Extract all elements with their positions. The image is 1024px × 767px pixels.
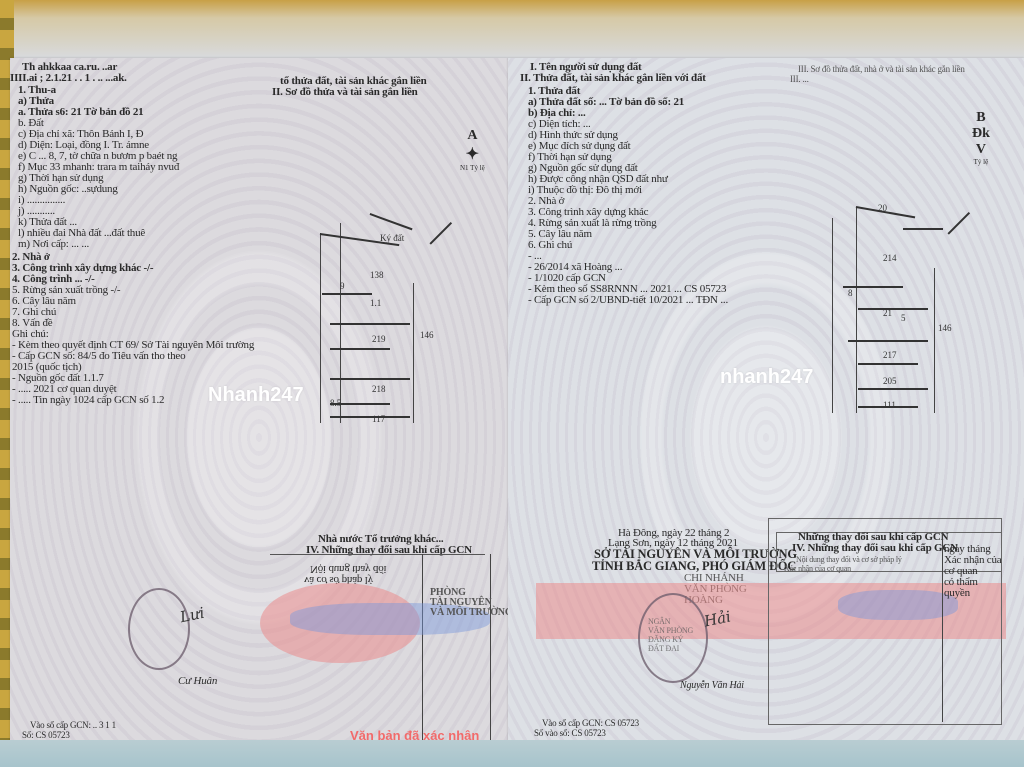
left-section-2: 2. Nhà ở3. Công trình xây dựng khác -/-4… <box>12 252 254 406</box>
left-page: Th ahkkaa ca.ru. ..ar IIII.ai ; 2.1.21 .… <box>10 58 508 748</box>
document-line: 6. Ghi chú <box>528 240 728 251</box>
changes-row-2: Xác nhận của cơ quan <box>784 563 851 574</box>
watermark: Nhanh247 <box>208 384 304 407</box>
compass-north-icon: A ✦ N1 Tỷ lệ <box>460 128 485 172</box>
right-section: 1. Thửa đấta) Thửa đất số: ... Tờ bản đồ… <box>528 86 728 306</box>
left-header-line-2: IIII.ai ; 2.1.21 . . 1 . .. ...ak. <box>10 73 127 84</box>
official-seal-left <box>128 588 190 670</box>
watermark: nhanh247 <box>720 366 813 389</box>
agency-title-2: TỈNH BẮC GIANG, PHÓ GIÁM ĐỐC <box>592 560 796 572</box>
right-map-header-2: III. ... <box>790 74 809 85</box>
left-sign-name: Cư Huân <box>178 676 217 687</box>
desk-background-top <box>0 0 1024 60</box>
official-seal-right: NGÂN VĂN PHÒNG ĐĂNG KÝ ĐẤT ĐAI <box>638 593 708 683</box>
compass-icon-right: B Đk V Tỷ lệ <box>972 110 990 166</box>
right-footer-2: Số vào sổ: CS 05723 <box>534 728 606 739</box>
document-line: - Cấp GCN số 2/UBND-tiết 10/2021 ... TĐN… <box>528 295 728 306</box>
left-section-1: 1. Thu-aa) Thửaa. Thửa s6: 21 Tờ bản đồ … <box>18 85 179 250</box>
left-map-header-2: II. Sơ đồ thửa và tài sản gắn liền <box>272 87 418 98</box>
right-page: I. Tên người sử dụng đất II. Thửa đất, t… <box>508 58 1024 748</box>
divider <box>270 554 485 555</box>
signature-left: Lưi <box>178 604 206 627</box>
right-sign-name: Nguyễn Văn Hải <box>680 680 744 691</box>
right-map-header-1: III. Sơ đồ thửa đất, nhà ở và tài sản kh… <box>798 64 965 75</box>
changes-title-2: IV. Những thay đổi sau khi cấp GCN <box>792 543 958 554</box>
left-change-label-1: Nội dung thay đổi <box>310 563 386 574</box>
right-header-line-2: II. Thửa đất, tài sản khác gắn liền với … <box>520 73 706 84</box>
document-line: m) Nơi cấp: ... ... <box>18 239 179 250</box>
changes-right-col: ngày tháng Xác nhận của cơ quan có thẩm … <box>944 544 1001 599</box>
left-stamp-text: PHÒNG TÀI NGUYÊN VÀ MÔI TRƯỜNG <box>430 588 512 618</box>
desk-background-bottom <box>0 740 1024 767</box>
